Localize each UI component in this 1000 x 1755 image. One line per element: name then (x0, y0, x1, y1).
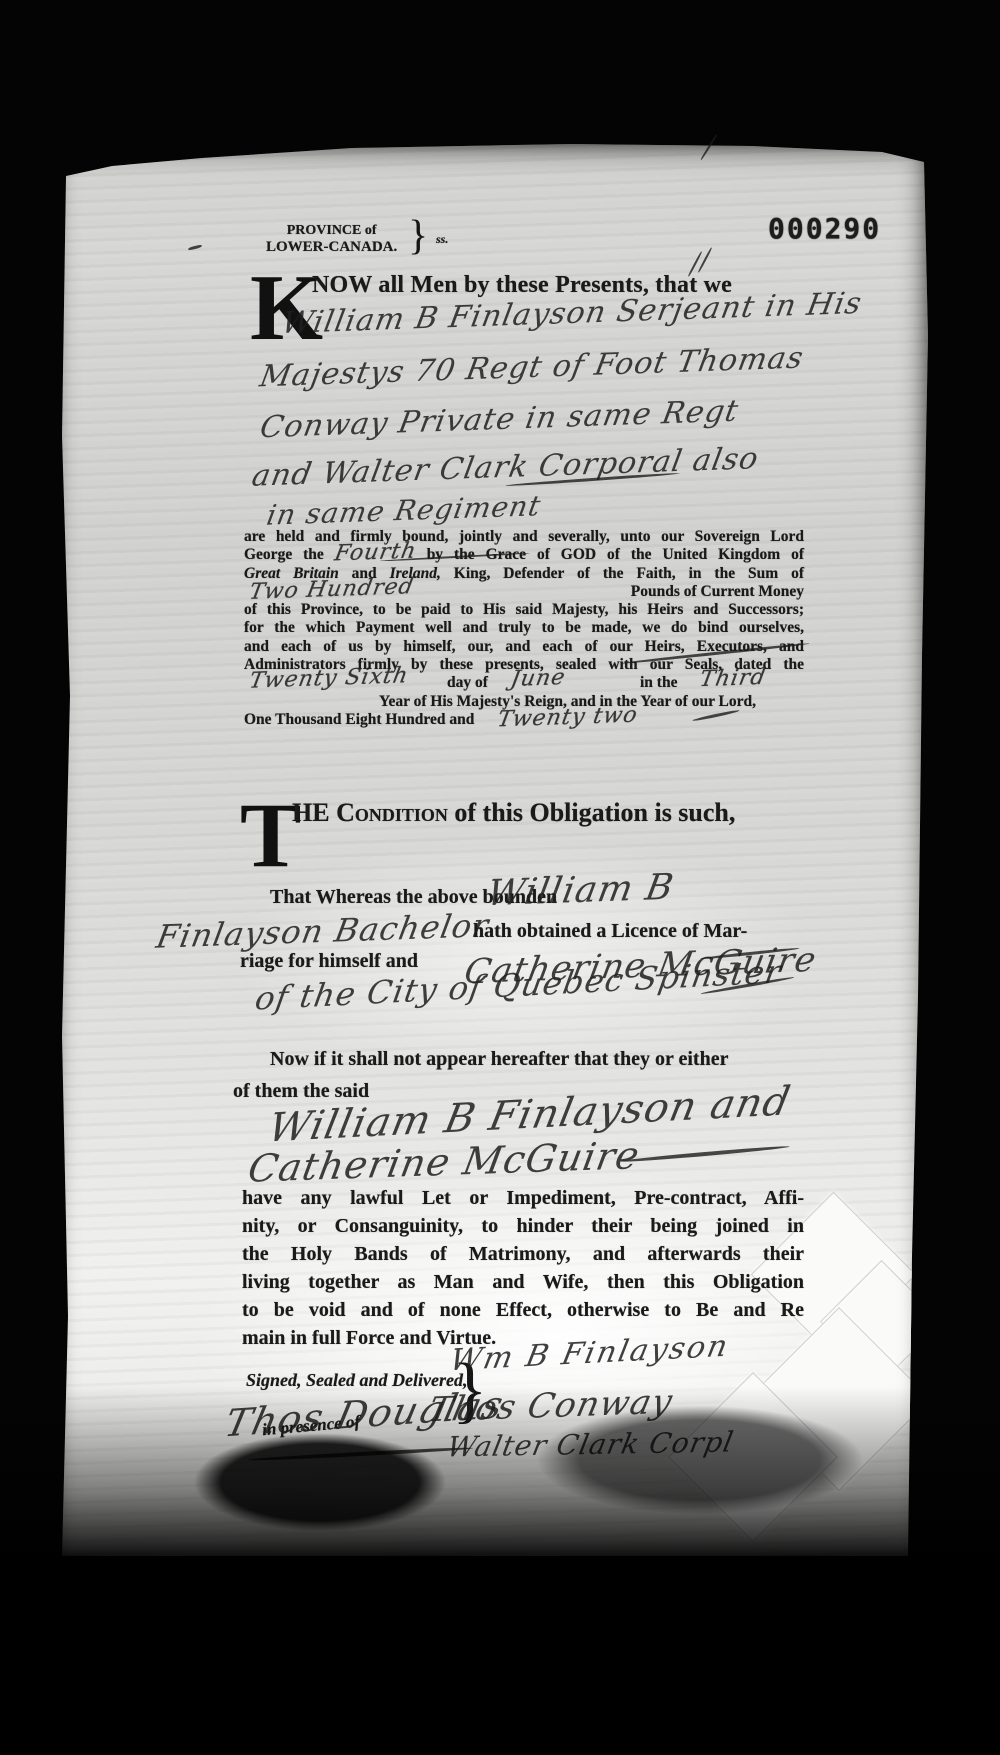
jurisdiction-abbr: ss. (436, 232, 448, 247)
fill-regnal-year: Third (699, 673, 767, 685)
fill-year: Twenty two (497, 711, 639, 726)
final-clause: have any lawful Let or Impediment, Pre-c… (242, 1184, 804, 1352)
proviso-line1: Now if it shall not appear hereafter tha… (270, 1048, 728, 1071)
fill-month: June (510, 673, 566, 685)
fill-sum: Two Hundred (249, 582, 415, 598)
proviso-line2: of them the said (233, 1080, 369, 1103)
fill-groom-name2: Finlayson Bachelor (154, 906, 493, 955)
final-clause-line: the Holy Bands of Matrimony, and afterwa… (242, 1240, 804, 1268)
bond-text: day of (447, 674, 488, 692)
bond-line: of this Province, to be paid to His said… (244, 601, 804, 619)
province-heading: PROVINCE of LOWER-CANADA. (266, 222, 397, 256)
final-clause-line: to be void and of none Effect, otherwise… (242, 1296, 804, 1324)
condition-heading-post: of this Obligation is such, (448, 798, 736, 827)
handwritten-parties-line: Conway Private in same Regt (257, 394, 741, 446)
final-clause-line: have any lawful Let or Impediment, Pre-c… (242, 1184, 804, 1212)
fill-regnal-name: Fourth (334, 547, 417, 560)
bond-text: One Thousand Eight Hundred and (244, 711, 474, 728)
whereas-line3: riage for himself and (240, 950, 418, 973)
document-content: PROVINCE of LOWER-CANADA. } ss. 000290 K… (0, 0, 1000, 1755)
bond-paragraph: are held and firmly bound, jointly and s… (244, 528, 804, 729)
handwritten-parties-line: and Walter Clark Corporal also (249, 441, 761, 494)
bond-text: King, Defender of the Faith, in the Sum … (454, 565, 804, 582)
whereas-line2: hath obtained a Licence of Mar- (473, 920, 747, 943)
bond-line: George the Fourth by the Grace of GOD of… (244, 546, 804, 564)
handwritten-parties-line: Majestys 70 Regt of Foot Thomas (257, 341, 806, 395)
serial-number-stamp: 000290 (768, 212, 881, 245)
bond-text: in the (640, 674, 677, 692)
header-brace: } (408, 212, 428, 260)
province-line1: PROVINCE of (266, 222, 397, 239)
bond-text: Pounds of Current Money (631, 583, 804, 601)
corner-pen-mark (700, 134, 718, 161)
signature-surety2: Walter Clark Corpl (444, 1426, 736, 1464)
bond-line: Two Hundred Pounds of Current Money (244, 583, 804, 601)
final-clause-line: living together as Man and Wife, then th… (242, 1268, 804, 1296)
bond-line: are held and firmly bound, jointly and s… (244, 528, 804, 546)
bond-text: George the (244, 546, 324, 563)
handwritten-parties-line: in same Regiment (264, 489, 544, 531)
bond-date-line: Twenty Sixth day of June in the Third (244, 674, 804, 692)
province-line2: LOWER-CANADA. (266, 239, 397, 256)
fill-groom-name1: William B (484, 867, 677, 914)
fill-day: Twenty Sixth (249, 672, 410, 687)
witness-underline-flourish (248, 1446, 473, 1462)
condition-heading: HE Condition of this Obligation is such, (292, 798, 735, 828)
bond-line: for the which Payment well and truly to … (244, 619, 804, 637)
photostat-image: PROVINCE of LOWER-CANADA. } ss. 000290 K… (0, 0, 1000, 1755)
condition-heading-pre: HE (292, 798, 336, 827)
final-clause-line: nity, or Consanguinity, to hinder their … (242, 1212, 804, 1240)
margin-pen-mark (188, 244, 202, 251)
condition-heading-smallcaps: Condition (336, 798, 448, 827)
pen-flourish (620, 1145, 790, 1164)
